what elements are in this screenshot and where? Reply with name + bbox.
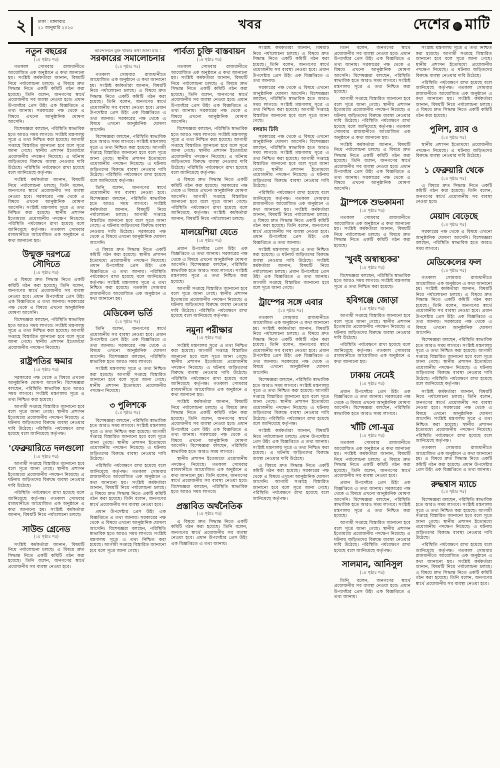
masthead-word-1: দেশের [413,14,450,38]
article-headline: ট্রাম্পকে শুভকামনা [334,198,411,208]
article-paragraph: বিশেষজ্ঞরা বলছেন, পরিস্থিতি স্বাভাবিক হত… [416,338,493,388]
article-headline: রুদ্ধশ্বাস ম্যাচে [416,480,493,490]
article-paragraph: বিশেষজ্ঞরা বলছেন, পরিস্থিতি স্বাভাবিক হত… [334,274,411,291]
article-paragraph: এ বিষয়ে দ্রুত সিদ্ধান্ত নিতে একটি কমিটি… [8,278,85,317]
news-column: তিনি বলেন, জনগণের স্বার্থে প্রয়োজনীয় স… [334,46,411,764]
page-number: ২ [10,18,31,34]
continued-from-page-1-tag: (১ম পৃষ্ঠার পর) [334,434,411,439]
article-headline: সালমান, আনিসুল [334,560,411,570]
article-headline: ঢাকায় নেমেই [334,371,411,381]
article: উন্মুক্ত দরপত্রে সৌদিতে(১ম পৃষ্ঠার পর)এ … [8,250,85,351]
continued-from-page-1-tag: (১ম পৃষ্ঠার পর) [416,269,493,274]
article-paragraph: সংশ্লিষ্ট কর্মকর্তারা জানান, বিষয়টি নিয… [171,400,248,455]
article-headline: 'ফেব্রুয়ারিতে দলগুলো [8,444,85,454]
article: ১ ফেব্রুয়ারি থেকে(১ম পৃষ্ঠার পর)এ বিষয়… [416,166,493,206]
article-paragraph: বিশেষজ্ঞরা বলছেন, পরিস্থিতি স্বাভাবিক হত… [90,135,167,185]
article: ট্রাম্পের সঙ্গে এবার(১ম পৃষ্ঠার পর)গতকাল… [253,298,330,502]
header-divider [31,17,32,36]
article-paragraph: সংশ্লিষ্ট মন্ত্রণালয় সূত্রে এ তথ্য নিশ্… [253,248,330,292]
continued-from-page-1-tag: (১ম পৃষ্ঠার পর) [90,320,167,325]
continued-from-page-1-tag: (১ম পৃষ্ঠার পর) [171,239,248,244]
article-paragraph: সংশ্লিষ্ট কর্মকর্তারা জানান, বিষয়টি নিয… [334,143,411,193]
article: নতুন বছরের(১ম পৃষ্ঠার পর)গতকাল সোমবার রা… [8,47,85,244]
article-headline: নমুনা পরীক্ষার [171,326,248,336]
article-paragraph: সরকারের পক্ষ থেকে এ বিষয়ে এখনো আনুষ্ঠান… [253,86,330,125]
article-headline: হবিগঞ্জে জোড়া [334,296,411,306]
article-headline: 'খুবই অস্বাস্থ্যকর' [334,255,411,265]
article: হবিগঞ্জে জোড়া(১ম পৃষ্ঠার পর)আগামী সপ্তা… [334,296,411,365]
dateline-date: ২১ জানুয়ারি ২০২৫ [38,26,73,32]
article: ৩ পুলিশকে(১ম পৃষ্ঠার পর)বিশেষজ্ঞরা বলছেন… [90,401,167,554]
article-paragraph: সরকারের পক্ষ থেকে এ বিষয়ে এখনো আনুষ্ঠান… [253,135,330,190]
article-headline: খাঁটি গো-মূত্র [334,423,411,433]
article-headline: পার্বত্য চুক্তি বাস্তবায়ন [171,47,248,57]
page-header: ২ ঢাকা : মঙ্গলবার ২১ জানুয়ারি ২০২৫ খবর … [8,10,492,44]
article-paragraph: সংশ্লিষ্ট কর্মকর্তারা জানান, বিষয়টি নিয… [8,178,85,244]
article-headline: সরকারের সমালোচনার [90,54,167,64]
article: সালমান, আনিসুল(১ম পৃষ্ঠার পর)তিনি বলেন, … [334,560,411,600]
article-paragraph: আগামী সপ্তাহে বিস্তারিত জানানো হবে বলে স… [8,405,85,438]
continued-from-page-1-tag: (১ম পৃষ্ঠার পর) [90,65,167,70]
article-headline: সাউন্ড গ্রেনেড [8,525,85,535]
article-paragraph: বিশেষজ্ঞরা বলছেন, পরিস্থিতি স্বাভাবিক হত… [90,419,167,463]
article-headline: মেডিকেল ভর্তি [90,309,167,319]
article-paragraph: এ বিষয়ে দ্রুত সিদ্ধান্ত নিতে একটি কমিটি… [90,248,167,303]
article-paragraph: প্রধান উপদেষ্টার প্রেস উইং এক বিজ্ঞপ্তিত… [334,481,411,520]
article-paragraph: আগামী সপ্তাহে বিস্তারিত জানানো হবে বলে স… [334,314,411,342]
article-headline: রাষ্ট্রপতির ক্ষমার [8,357,85,367]
article-paragraph: সংশ্লিষ্ট কর্মকর্তারা জানান, বিষয়টি নিয… [253,429,330,462]
article-paragraph: পরিস্থিতি পর্যবেক্ষণে রাখা হয়েছে বলে জা… [416,81,493,120]
article-paragraph: বিশেষজ্ঞরা বলছেন, পরিস্থিতি স্বাভাবিক হত… [253,378,330,428]
article-subhead: বলরাম ঢিবি [253,127,330,133]
section-title: খবর [238,16,262,36]
continued-from-page-1-tag: (১ম পৃষ্ঠার পর) [334,307,411,312]
article-paragraph: পরিস্থিতি পর্যবেক্ষণে রাখা হয়েছে বলে জা… [8,491,85,519]
dateline: ঢাকা : মঙ্গলবার ২১ জানুয়ারি ২০২৫ [38,20,73,33]
news-column: সংশ্লিষ্ট কর্মকর্তারা জানান, বিষয়টি নিয… [253,46,330,764]
continued-from-page-1-tag: (১ম পৃষ্ঠার পর) [334,209,411,214]
article: সংশ্লিষ্ট কর্মকর্তারা জানান, বিষয়টি নিয… [253,46,330,292]
article-paragraph: স্থানীয় প্রশাসন ইতোমধ্যে প্রয়োজনীয় পদ… [171,457,248,496]
continued-from-page-1-tag: (১ম পৃষ্ঠার পর) [8,271,85,276]
article: মেডিকেল ভর্তি(১ম পৃষ্ঠার পর)তিনি বলেন, জ… [90,309,167,395]
continued-from-page-1-tag: (১ম পৃষ্ঠার পর) [416,177,493,182]
continued-from-page-1-tag: (১ম পৃষ্ঠার পর) [8,58,85,63]
news-column: সংশ্লিষ্ট মন্ত্রণালয় সূত্রে এ তথ্য নিশ্… [416,46,493,764]
article-paragraph: পরিস্থিতি পর্যবেক্ষণে রাখা হয়েছে বলে জা… [90,464,167,508]
article-paragraph: বিশেষজ্ঞরা বলছেন, পরিস্থিতি স্বাভাবিক হত… [416,498,493,542]
continued-from-page-1-tag: (১ম পৃষ্ঠার পর) [171,58,248,63]
continued-from-page-1-tag: (১ম পৃষ্ঠার পর) [334,571,411,576]
article-paragraph: গতকাল সোমবার রাজধানীতে আয়োজিত এক অনুষ্ঠ… [334,216,411,249]
article: মালয়েশিয়া যেতে(১ম পৃষ্ঠার পর)প্রধান উপ… [171,228,248,319]
article-paragraph: সংশ্লিষ্ট মন্ত্রণালয় সূত্রে এ তথ্য নিশ্… [416,46,493,79]
news-columns: নতুন বছরের(১ম পৃষ্ঠার পর)গতকাল সোমবার রা… [8,46,492,764]
article: পার্বত্য চুক্তি বাস্তবায়ন(১ম পৃষ্ঠার পর… [171,47,248,222]
article-headline: মেয়াদ বেড়েছে [416,212,493,222]
article-paragraph: গতকাল সোমবার রাজধানীতে আয়োজিত এক অনুষ্ঠ… [171,65,248,126]
article-headline: উন্মুক্ত দরপত্রে সৌদিতে [8,250,85,270]
continued-from-page-1-tag: (১ম পৃষ্ঠার পর) [416,490,493,495]
masthead-word-2: মাটি [465,14,490,38]
article-paragraph: এ বিষয়ে দ্রুত সিদ্ধান্ত নিতে একটি কমিটি… [253,464,330,503]
article: আন্দোলনে যুক্ত থাকার কথা জানা যায় :সরকা… [90,48,167,303]
continued-from-page-1-tag: (১ম পৃষ্ঠার পর) [171,336,248,341]
article-paragraph: সংশ্লিষ্ট মন্ত্রণালয় সূত্রে এ তথ্য নিশ্… [171,344,248,399]
article-paragraph: পরিস্থিতি পর্যবেক্ষণে রাখা হয়েছে বলে জা… [253,191,330,246]
article-paragraph: প্রধান উপদেষ্টার প্রেস উইং এক বিজ্ঞপ্তিত… [171,247,248,286]
article: প্রস্তাবিত অর্থনৈতিক(১ম পৃষ্ঠার পর)এ বিষ… [171,502,248,548]
article-paragraph: প্রধান উপদেষ্টার প্রেস উইং এক বিজ্ঞপ্তিত… [334,390,411,418]
article-paragraph: আগামী সপ্তাহে বিস্তারিত জানানো হবে বলে স… [334,97,411,141]
article-paragraph: বিশেষজ্ঞরা বলছেন, পরিস্থিতি স্বাভাবিক হত… [8,127,85,177]
continued-from-page-1-tag: (১ম পৃষ্ঠার পর) [253,309,330,314]
article: রাষ্ট্রপতির ক্ষমার(১ম পৃষ্ঠার পর)সরকারের… [8,357,85,437]
masthead: দেশের মাটি [413,14,490,38]
news-column: আন্দোলনে যুক্ত থাকার কথা জানা যায় :সরকা… [90,46,167,764]
continued-from-page-1-tag: (১ম পৃষ্ঠার পর) [334,382,411,387]
article-paragraph: সরকারের পক্ষ থেকে এ বিষয়ে এখনো আনুষ্ঠান… [8,376,85,404]
article-paragraph: পরিস্থিতি পর্যবেক্ষণে রাখা হয়েছে বলে জা… [416,543,493,587]
article-paragraph: প্রধান উপদেষ্টার প্রেস উইং এক বিজ্ঞপ্তিত… [90,510,167,554]
article-paragraph: তিনি বলেন, জনগণের স্বার্থে প্রয়োজনীয় স… [90,327,167,366]
article-paragraph: সরকারের পক্ষ থেকে এ বিষয়ে এখনো আনুষ্ঠান… [416,230,493,252]
article-headline: মেডিকেলের ফল [416,258,493,268]
article-paragraph: আগামী সপ্তাহে বিস্তারিত জানানো হবে বলে স… [171,287,248,320]
article-paragraph: এ বিষয়ে দ্রুত সিদ্ধান্ত নিতে একটি কমিটি… [171,520,248,548]
masthead-dot-icon [453,22,462,31]
article-paragraph: গতকাল সোমবার রাজধানীতে আয়োজিত এক অনুষ্ঠ… [416,446,493,474]
article: মেয়াদ বেড়েছে(১ম পৃষ্ঠার পর)সরকারের পক্… [416,212,493,252]
article: খাঁটি গো-মূত্র(১ম পৃষ্ঠার পর)গতকাল সোমবা… [334,423,411,554]
article-paragraph: বিশেষজ্ঞরা বলছেন, পরিস্থিতি স্বাভাবিক হত… [8,318,85,351]
article-headline: ৩ পুলিশকে [90,401,167,411]
article-paragraph: তিনি বলেন, জনগণের স্বার্থে প্রয়োজনীয় স… [334,579,411,601]
article-paragraph: স্থানীয় প্রশাসন ইতোমধ্যে প্রয়োজনীয় পদ… [416,143,493,160]
article-headline: প্রস্তাবিত অর্থনৈতিক [171,502,248,512]
news-column: নতুন বছরের(১ম পৃষ্ঠার পর)গতকাল সোমবার রা… [8,46,85,764]
article: তিনি বলেন, জনগণের স্বার্থে প্রয়োজনীয় স… [334,46,411,192]
newspaper-page: ২ ঢাকা : মঙ্গলবার ২১ জানুয়ারি ২০২৫ খবর … [0,0,500,768]
article: নমুনা পরীক্ষার(১ম পৃষ্ঠার পর)সংশ্লিষ্ট ম… [171,326,248,496]
article: ট্রাম্পকে শুভকামনা(১ম পৃষ্ঠার পর)গতকাল স… [334,198,411,249]
continued-from-page-1-tag: (১ম পৃষ্ঠার পর) [8,368,85,373]
article-paragraph: সংশ্লিষ্ট কর্মকর্তারা জানান, বিষয়টি নিয… [253,46,330,85]
continued-from-page-1-tag: (১ম পৃষ্ঠার পর) [416,223,493,228]
article-paragraph: বিশেষজ্ঞরা বলছেন, পরিস্থিতি স্বাভাবিক হত… [171,127,248,177]
article: 'খুবই অস্বাস্থ্যকর'(১ম পৃষ্ঠার পর)বিশেষজ… [334,255,411,290]
article: সাউন্ড গ্রেনেড(১ম পৃষ্ঠার পর)সংশ্লিষ্ট ক… [8,525,85,571]
article-paragraph: এ বিষয়ে দ্রুত সিদ্ধান্ত নিতে একটি কমিটি… [171,178,248,222]
article-paragraph: গতকাল সোমবার রাজধানীতে আয়োজিত এক অনুষ্ঠ… [253,316,330,377]
article-paragraph: গতকাল সোমবার রাজধানীতে আয়োজিত এক অনুষ্ঠ… [416,276,493,337]
article-paragraph: সংশ্লিষ্ট কর্মকর্তারা জানান, বিষয়টি নিয… [416,390,493,445]
article-headline: নতুন বছরের [8,47,85,57]
article-paragraph: গতকাল সোমবার রাজধানীতে আয়োজিত এক অনুষ্ঠ… [90,73,167,134]
article-paragraph: সংশ্লিষ্ট মন্ত্রণালয় সূত্রে এ তথ্য নিশ্… [90,367,167,395]
article-paragraph: আগামী সপ্তাহে বিস্তারিত জানানো হবে বলে স… [334,521,411,554]
article-headline: মালয়েশিয়া যেতে [171,228,248,238]
article: মেডিকেলের ফল(১ম পৃষ্ঠার পর)গতকাল সোমবার … [416,258,493,473]
article-paragraph: গতকাল সোমবার রাজধানীতে আয়োজিত এক অনুষ্ঠ… [8,65,85,126]
article-paragraph: গতকাল সোমবার রাজধানীতে আয়োজিত এক অনুষ্ঠ… [334,441,411,480]
article: সংশ্লিষ্ট মন্ত্রণালয় সূত্রে এ তথ্য নিশ্… [416,46,493,119]
article-paragraph: এ বিষয়ে দ্রুত সিদ্ধান্ত নিতে একটি কমিটি… [416,184,493,206]
article: 'ফেব্রুয়ারিতে দলগুলো(১ম পৃষ্ঠার পর)আগাম… [8,444,85,519]
continued-from-page-1-tag: (১ম পৃষ্ঠার পর) [416,136,493,141]
article: পুলিশ, র‍্যাব ও(১ম পৃষ্ঠার পর)স্থানীয় প… [416,125,493,160]
continued-from-page-1-tag: (১ম পৃষ্ঠার পর) [90,411,167,416]
article-paragraph: তিনি বলেন, জনগণের স্বার্থে প্রয়োজনীয় স… [334,46,411,96]
article-headline: ১ ফেব্রুয়ারি থেকে [416,166,493,176]
continued-from-page-1-tag: (১ম পৃষ্ঠার পর) [171,512,248,517]
continued-from-page-1-tag: (১ম পৃষ্ঠার পর) [334,266,411,271]
article-headline: ট্রাম্পের সঙ্গে এবার [253,298,330,308]
article-paragraph: আগামী সপ্তাহে বিস্তারিত জানানো হবে বলে স… [8,462,85,490]
article-headline: পুলিশ, র‍্যাব ও [416,125,493,135]
article: ঢাকায় নেমেই(১ম পৃষ্ঠার পর)প্রধান উপদেষ্… [334,371,411,417]
continued-from-page-1-tag: (১ম পৃষ্ঠার পর) [8,535,85,540]
article: রুদ্ধশ্বাস ম্যাচে(১ম পৃষ্ঠার পর)বিশেষজ্ঞ… [416,480,493,588]
article-paragraph: তিনি বলেন, জনগণের স্বার্থে প্রয়োজনীয় স… [90,186,167,247]
article-paragraph: পরিস্থিতি পর্যবেক্ষণে রাখা হয়েছে বলে জা… [334,343,411,365]
article-paragraph: সংশ্লিষ্ট কর্মকর্তারা জানান, বিষয়টি নিয… [8,543,85,571]
continued-from-page-1-tag: (১ম পৃষ্ঠার পর) [8,455,85,460]
news-column: পার্বত্য চুক্তি বাস্তবায়ন(১ম পৃষ্ঠার পর… [171,46,248,764]
